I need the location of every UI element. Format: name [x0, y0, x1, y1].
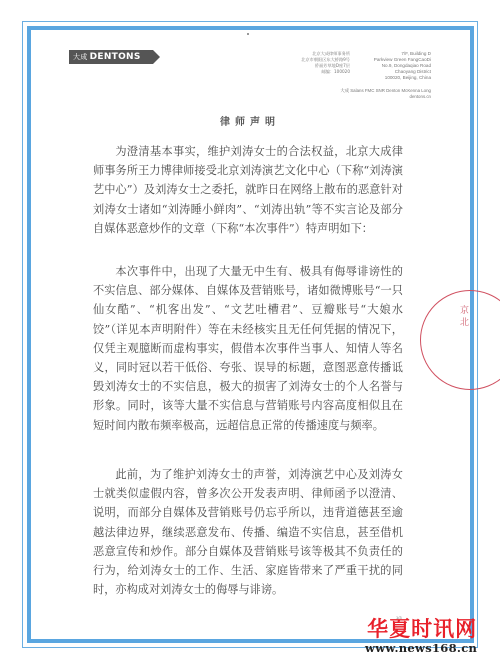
paragraph-1: 为澄清基本事实，维护刘涛女士的合法权益，北京大成律师事务所王力博律师接受北京刘涛… [93, 142, 403, 238]
paragraph-text: 为澄清基本事实，维护刘涛女士的合法权益，北京大成律师事务所王力博律师接受北京刘涛… [93, 142, 403, 238]
watermark-site-name: 华夏时讯网 [365, 617, 477, 641]
top-mark [247, 33, 249, 35]
dentons-logo: 大成DENTONS [69, 50, 153, 64]
logo-en: DENTONS [90, 52, 141, 62]
paragraph-2: 本次事件中，出现了大量无中生有、极具有侮辱诽谤性的不实信息、部分媒体、自媒体及营… [93, 262, 403, 435]
address-cn-line: 邮编：100020 [276, 69, 350, 75]
address-chinese: 北京大成律师事务所 北京市朝阳区东大桥路9号 侨福芳草地D座7层 邮编：1000… [276, 51, 350, 75]
watermark-url: www.news168.cn [365, 641, 477, 655]
site-watermark: 华夏时讯网 www.news168.cn [365, 617, 477, 655]
website-line: dentons.cn [300, 94, 431, 100]
paragraph-text: 此前，为了维护刘涛女士的声誉，刘涛演艺中心及刘涛女士就类似虚假内容，曾多次公开发… [93, 465, 403, 599]
address-english: 7/F, Building D Parkview Green FangCaoDi… [355, 51, 431, 81]
paragraph-3: 此前，为了维护刘涛女士的声誉，刘涛演艺中心及刘涛女士就类似虚假内容，曾多次公开发… [93, 465, 403, 599]
address-en-line: 100020, Beijing, China [355, 75, 431, 81]
document-title: 律师声明 [0, 113, 500, 128]
letterhead-footer: 大成 Salans FMC SNR Denton McKenna Long de… [300, 88, 431, 100]
paragraph-text: 本次事件中，出现了大量无中生有、极具有侮辱诽谤性的不实信息、部分媒体、自媒体及营… [93, 262, 403, 435]
logo-cn: 大成 [73, 53, 88, 61]
seal-text: 京 北 [460, 305, 472, 329]
